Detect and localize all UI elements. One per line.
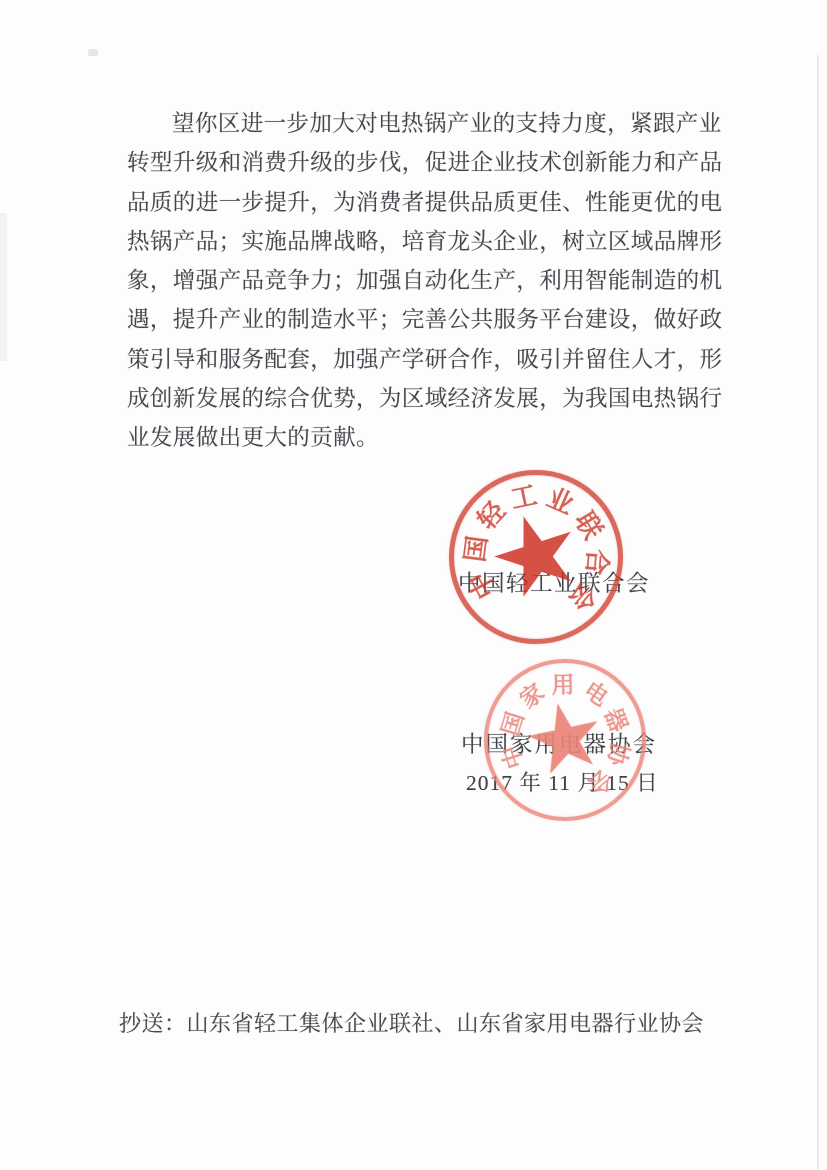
body-line: 转型升级和消费升级的步伐，促进企业技术创新能力和产品 — [127, 143, 723, 182]
signature-household-appliances-association: 中国家用电器协会 — [461, 727, 657, 759]
seal-arc-character: 家 — [516, 680, 548, 712]
date-line: 2017 年 11 月 15 日 — [466, 766, 659, 797]
seal-arc-character: 用 — [552, 673, 576, 697]
seal-arc-character: 轻 — [474, 498, 511, 535]
signature-light-industry-council: 中国轻工业联合会 — [458, 566, 650, 598]
seal-arc-character: 电 — [580, 678, 612, 710]
body-line: 策引导和服务配套，加强产学研合作，吸引并留住人才，形 — [127, 340, 723, 379]
scan-artifact-left-edge — [0, 213, 7, 361]
scan-artifact-right-edge — [817, 55, 819, 1170]
seal-ring — [449, 470, 623, 644]
body-line: 品质的进一步提升，为消费者提供品质更佳、性能更优的电 — [127, 183, 723, 222]
seal-arc-character: 国 — [462, 535, 491, 564]
body-line: 遇，提升产业的制造水平；完善公共服务平台建设，做好政 — [127, 300, 723, 339]
body-line: 望你区进一步加大对电热锅产业的支持力度，紧跟产业 — [127, 104, 723, 143]
body-paragraph: 望你区进一步加大对电热锅产业的支持力度，紧跟产业 转型升级和消费升级的步伐，促进… — [127, 104, 723, 458]
body-line: 业发展做出更大的贡献。 — [127, 418, 723, 457]
scanned-letter-page: 望你区进一步加大对电热锅产业的支持力度，紧跟产业 转型升级和消费升级的步伐，促进… — [0, 0, 827, 1170]
seal-arc-character: 业 — [543, 485, 577, 519]
official-seal-light-industry-council: ★ 中国轻工业联合会 — [449, 470, 623, 644]
seal-arc-character: 联 — [570, 508, 606, 544]
body-line: 象，增强产品竞争力；加强自动化生产，利用智能制造的机 — [127, 261, 723, 300]
body-line: 成创新发展的综合优势，为区域经济发展，为我国电热锅行 — [127, 379, 723, 418]
scan-artifact-top-mark — [88, 49, 98, 56]
seal-arc-character: 工 — [508, 483, 539, 514]
cc-distribution-line: 抄送：山东省轻工集体企业联社、山东省家用电器行业协会 — [119, 1007, 704, 1038]
body-line: 热锅产品；实施品牌战略，培育龙头企业，树立区域品牌形 — [127, 222, 723, 261]
star-icon: ★ — [475, 490, 597, 619]
